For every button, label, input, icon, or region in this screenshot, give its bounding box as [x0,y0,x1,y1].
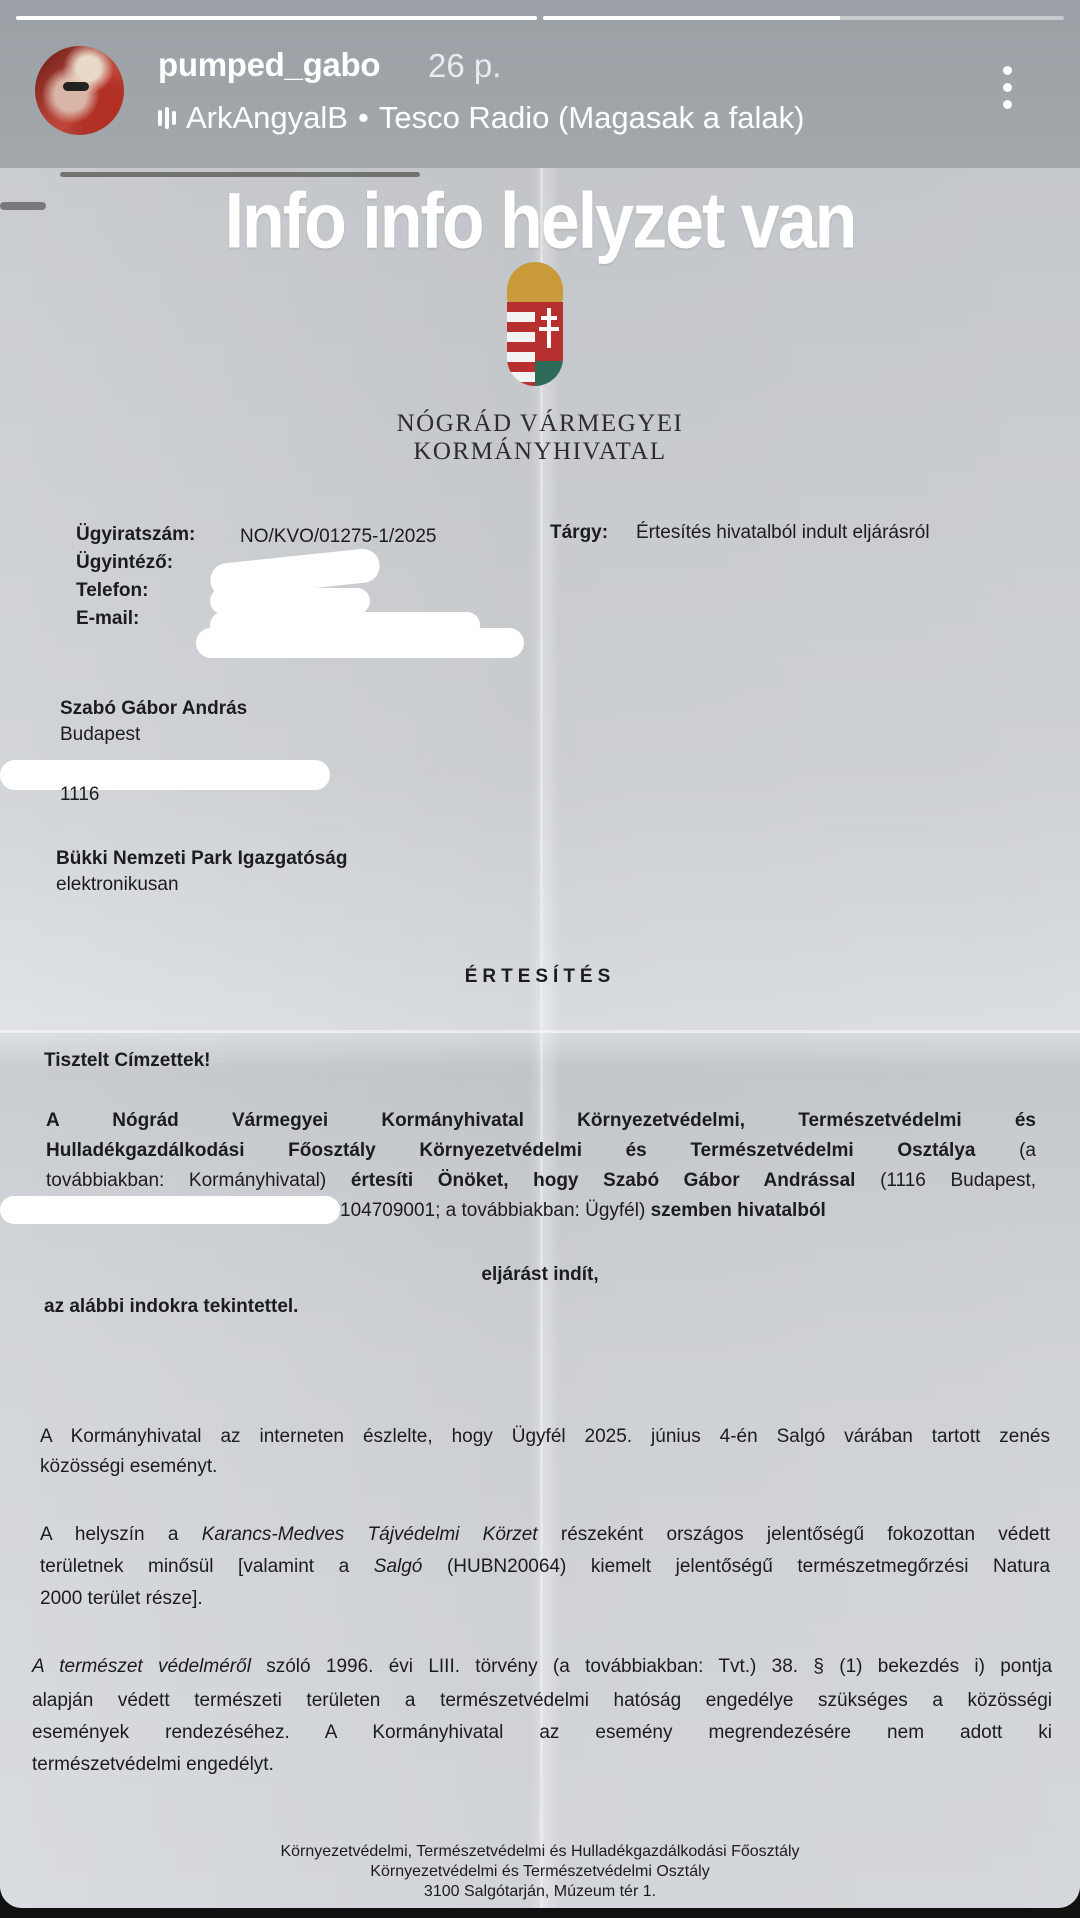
para3-line1: A helyszín a Karancs-Medves Tájvédelmi K… [40,1524,1050,1546]
text-span: értesíti Önöket, hogy Szabó Gábor András… [351,1170,856,1191]
para4-line4: természetvédelmi engedélyt. [32,1754,274,1776]
progress-segment-1 [16,16,537,20]
reasons-intro: az alábbi indokra tekintettel. [44,1296,298,1318]
progress-fill [16,16,537,20]
music-separator: • [358,100,369,136]
recipient-zip: 1116 [60,784,99,806]
progress-fill [543,16,840,20]
redaction-mark [210,588,370,614]
text-span: (1116 Budapest, [880,1170,1036,1191]
para3-line2: területnek minősül [valamint a Salgó (HU… [40,1556,1050,1578]
salutation: Tisztelt Címzettek! [44,1050,210,1072]
para4-line2: alapján védett természeti területen a te… [32,1690,1052,1712]
para2-line2: közösségi eseményt. [40,1456,217,1478]
subject-label: Tárgy: [550,522,608,544]
case-number-label: Ügyiratszám: [76,524,195,546]
notice-title: ÉRTESÍTÉS [0,966,1080,988]
text-span: részeként országos jelentőségű fokozotta… [561,1524,1050,1545]
para1-line4: 104709001; a továbbiakban: Ügyfél) szemb… [340,1200,826,1222]
proceeding-statement: eljárást indít, [0,1264,1080,1286]
recipient-city: Budapest [60,724,140,746]
para1-line2-bold: Hulladékgazdálkodási Főosztály Környezet… [46,1140,975,1161]
footer-line3: 3100 Salgótarján, Múzeum tér 1. [0,1882,1080,1902]
redaction-mark [0,1196,340,1224]
para4-line3: események rendezéséhez. A Kormányhivatal… [32,1722,1052,1744]
phone-label: Telefon: [76,580,148,602]
office-name-line2: KORMÁNYHIVATAL [0,438,1080,466]
recipient-name: Szabó Gábor András [60,698,247,720]
paper-fold-horizontal [0,1030,1080,1033]
handler-label: Ügyintéző: [76,552,173,574]
text-span: szóló 1996. évi LIII. törvény (a további… [266,1656,1052,1677]
story-viewer[interactable]: pumped_gabo 26 p. ArkAngyalB • Tesco Rad… [0,0,1080,1908]
text-span: szemben hivatalból [651,1200,826,1221]
para3-line3: 2000 terület része]. [40,1588,203,1610]
avatar[interactable] [35,46,124,135]
hungarian-coat-of-arms-icon [504,262,566,387]
para1-line2: Hulladékgazdálkodási Főosztály Környezet… [46,1140,1036,1162]
story-progress [16,16,1064,20]
text-span: Karancs-Medves Tájvédelmi Körzet [202,1524,538,1545]
story-header [0,0,1080,168]
case-number-value: NO/KVO/01275-1/2025 [240,526,436,548]
para1-line3: továbbiakban: Kormányhivatal) értesíti Ö… [46,1170,1036,1192]
redaction-mark [196,628,524,658]
vertical-ellipsis-icon[interactable] [1003,66,1013,109]
footer-line1: Környezetvédelmi, Természetvédelmi és Hu… [0,1842,1080,1862]
para1-line2-tail: (a [1019,1140,1036,1161]
text-span: továbbiakban: Kormányhivatal) [46,1170,326,1191]
text-span: területnek minősül [valamint a [40,1556,349,1577]
time-ago: 26 p. [428,47,501,85]
music-track: Tesco Radio (Magasak a falak) [379,100,805,136]
text-span: Salgó [374,1556,423,1577]
music-artist: ArkAngyalB [186,100,348,136]
progress-segment-2 [543,16,1064,20]
text-span: A természet védelméről [32,1656,251,1677]
para2-line1: A Kormányhivatal az interneten észlelte,… [40,1426,1050,1448]
audio-bars-icon [158,106,176,130]
avatar-photo-detail [63,82,89,91]
text-span: A helyszín a [40,1524,178,1545]
subject-value: Értesítés hivatalból indult eljárásról [636,522,930,544]
story-caption: Info info helyzet van [0,176,1080,266]
footer-line2: Környezetvédelmi és Természetvédelmi Osz… [0,1862,1080,1882]
office-name: NÓGRÁD VÁRMEGYEI KORMÁNYHIVATAL [0,410,1080,466]
letter-footer: Környezetvédelmi, Természetvédelmi és Hu… [0,1842,1080,1902]
text-span: (HUBN20064) kiemelt jelentőségű természe… [447,1556,1050,1577]
para1-line1: A Nógrád Vármegyei Kormányhivatal Környe… [46,1110,1036,1132]
text-span: 104709001; a továbbiakban: Ügyfél) [340,1200,645,1221]
recipient2-delivery: elektronikusan [56,874,179,896]
recipient2-name: Bükki Nemzeti Park Igazgatóság [56,848,347,870]
username[interactable]: pumped_gabo [158,46,380,84]
music-attribution[interactable]: ArkAngyalB • Tesco Radio (Magasak a fala… [158,100,804,136]
para4-line1: A természet védelméről szóló 1996. évi L… [32,1656,1052,1678]
redaction-mark [0,760,330,790]
office-name-line1: NÓGRÁD VÁRMEGYEI [0,410,1080,438]
email-label: E-mail: [76,608,139,630]
